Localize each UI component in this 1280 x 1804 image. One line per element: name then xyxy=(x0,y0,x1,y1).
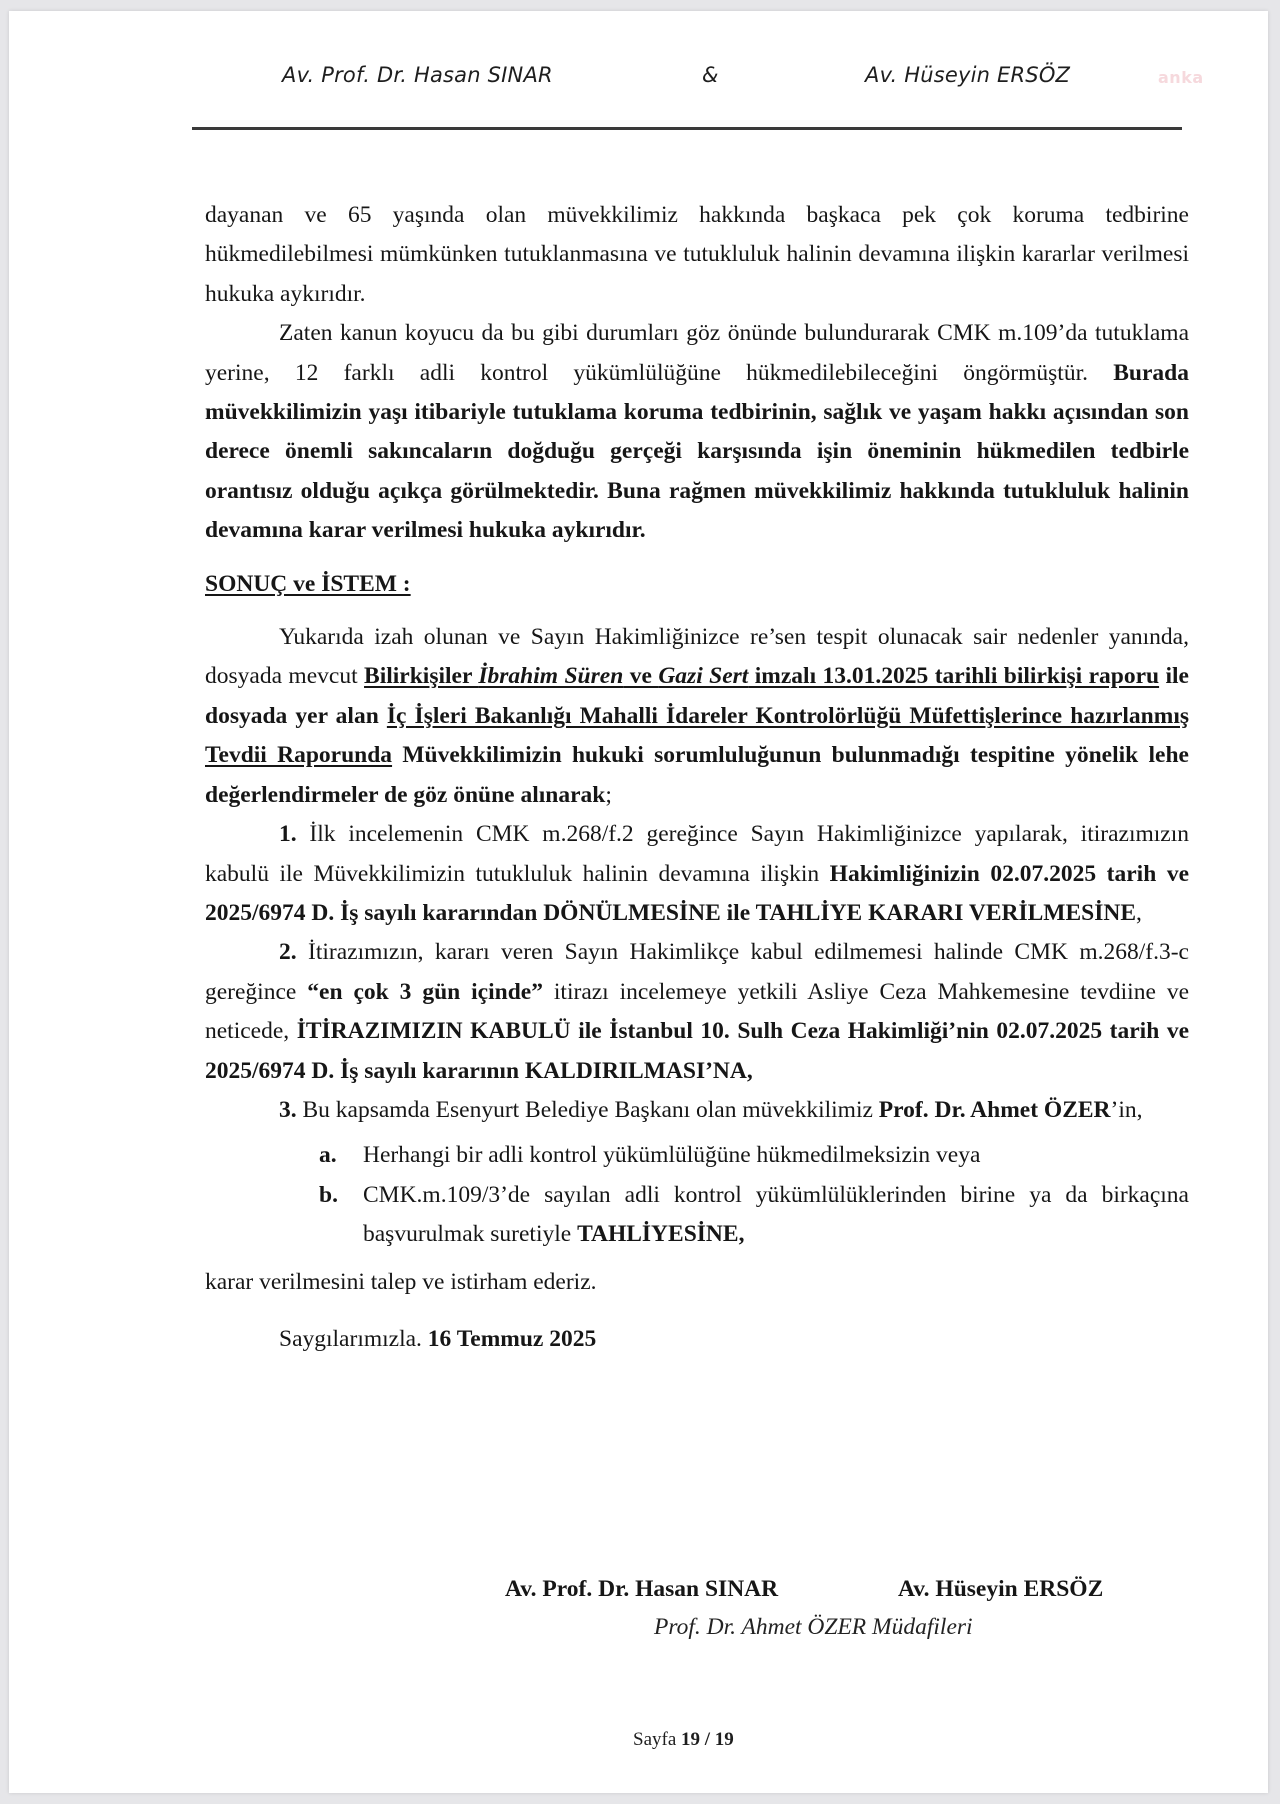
signature-role: Prof. Dr. Ahmet ÖZER Müdafileri xyxy=(654,1614,973,1641)
item-number: 1. xyxy=(279,821,297,847)
item-quote: “en çok 3 gün içinde” xyxy=(307,979,543,1005)
sub-item-b: b.CMK.m.109/3’de sayılan adli kontrol yü… xyxy=(205,1176,1189,1255)
expert-conjunction: ve xyxy=(623,663,658,689)
page-separator: / xyxy=(700,1729,715,1750)
letterhead: Av. Prof. Dr. Hasan SINAR & Av. Hüseyin … xyxy=(9,63,1268,103)
paragraph-2: Zaten kanun koyucu da bu gibi durumları … xyxy=(205,314,1189,550)
page-number: Sayfa 19 / 19 xyxy=(633,1729,734,1751)
expert-name-1: İbrahim Süren xyxy=(478,663,623,689)
signature-right: Av. Hüseyin ERSÖZ xyxy=(898,1576,1103,1603)
request-item-1: 1. İlk incelemenin CMK m.268/f.2 gereğin… xyxy=(205,815,1189,933)
item-text-end: , xyxy=(1136,900,1142,926)
paragraph-1: dayanan ve 65 yaşında olan müvekkilimiz … xyxy=(205,196,1189,314)
item-text-bold: İTİRAZIMIZIN KABULÜ ile İstanbul 10. Sul… xyxy=(205,1018,1189,1083)
expert-report-reference: Bilirkişiler İbrahim Süren ve Gazi Sert … xyxy=(364,663,1159,689)
paragraph-2-normal: Zaten kanun koyucu da bu gibi durumları … xyxy=(205,320,1189,385)
sub-item-text-bold: TAHLİYESİNE, xyxy=(577,1221,744,1247)
page-total: 19 xyxy=(715,1729,734,1750)
header-divider xyxy=(192,127,1182,130)
expert-name-2: Gazi Sert xyxy=(658,663,748,689)
item-text-end: ’in, xyxy=(1111,1097,1143,1123)
expert-label: Bilirkişiler xyxy=(364,663,478,689)
sub-item-label: a. xyxy=(319,1136,337,1175)
sub-item-text: Herhangi bir adli kontrol yükümlülüğüne … xyxy=(363,1142,980,1168)
paragraph-2-bold: Burada müvekkilimizin yaşı itibariyle tu… xyxy=(205,360,1189,544)
request-end: ; xyxy=(605,782,612,808)
signature-left: Av. Prof. Dr. Hasan SINAR xyxy=(505,1576,778,1603)
sub-item-text: CMK.m.109/3’de sayılan adli kontrol yükü… xyxy=(363,1182,1189,1247)
sub-item-a: a.Herhangi bir adli kontrol yükümlülüğün… xyxy=(205,1136,1189,1175)
closing-sentence: karar verilmesini talep ve istirham eder… xyxy=(205,1263,1189,1302)
page-label: Sayfa xyxy=(633,1729,681,1750)
request-item-3: 3. Bu kapsamda Esenyurt Belediye Başkanı… xyxy=(205,1091,1189,1130)
expert-report-date: imzalı 13.01.2025 tarihli bilirkişi rapo… xyxy=(748,663,1159,689)
item-number: 2. xyxy=(279,939,297,965)
greeting: Saygılarımızla. 16 Temmuz 2025 xyxy=(205,1320,1189,1359)
watermark-logo: anka xyxy=(1158,68,1204,87)
greeting-text: Saygılarımızla. xyxy=(279,1326,428,1352)
letterhead-ampersand: & xyxy=(702,63,719,87)
request-paragraph: Yukarıda izah olunan ve Sayın Hakimliğin… xyxy=(205,618,1189,815)
page-current: 19 xyxy=(681,1729,700,1750)
sub-item-label: b. xyxy=(319,1176,338,1215)
item-text: Bu kapsamda Esenyurt Belediye Başkanı ol… xyxy=(297,1097,879,1123)
document-body: dayanan ve 65 yaşında olan müvekkilimiz … xyxy=(205,196,1189,1359)
letterhead-left-name: Av. Prof. Dr. Hasan SINAR xyxy=(282,63,553,87)
document-page: Av. Prof. Dr. Hasan SINAR & Av. Hüseyin … xyxy=(9,11,1268,1793)
document-date: 16 Temmuz 2025 xyxy=(428,1326,596,1352)
client-name: Prof. Dr. Ahmet ÖZER xyxy=(879,1097,1111,1123)
letterhead-right-name: Av. Hüseyin ERSÖZ xyxy=(865,63,1070,87)
sub-item-list: a.Herhangi bir adli kontrol yükümlülüğün… xyxy=(205,1136,1189,1254)
request-item-2: 2. İtirazımızın, kararı veren Sayın Haki… xyxy=(205,933,1189,1091)
item-number: 3. xyxy=(279,1097,297,1123)
section-heading: SONUÇ ve İSTEM : xyxy=(205,565,1189,604)
